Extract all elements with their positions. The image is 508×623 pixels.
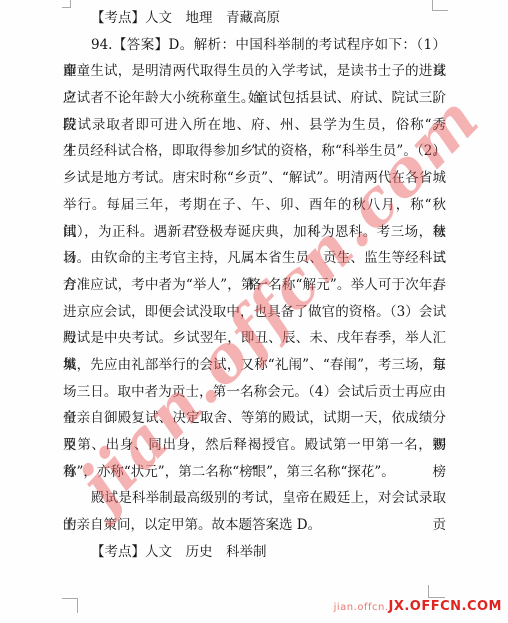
text-line: 应试者不论年龄大小统称童生。童试包括县试、府试、院试三阶段。 <box>63 85 446 112</box>
text-line: 94.【答案】D。解析：中国科举制的考试程序如下：（1）童试 <box>63 32 446 59</box>
text-line: 场三日。取中者为贡士，第一名称会元。（4）会试后贡士再应由皇 <box>63 379 446 406</box>
text-line: 试），为正科。遇新君登极寿诞庆典，加科为恩科。考三场，每场三 <box>63 219 446 246</box>
crop-mark-bottom-left <box>62 598 78 613</box>
text-line: 城，先应由礼部举行的会试，又称“礼闱”、“春闱”，考三场，每 <box>63 352 446 379</box>
text-line: 生员经科试合格，即取得参加乡试的资格，称“科举生员”。（2） <box>63 138 446 165</box>
text-line: 【考点】人文 地理 青藏高原 <box>63 5 446 32</box>
text-line: 进京应会试，即便会试没取中，也具备了做官的资格。（3）会试与 <box>63 299 446 326</box>
text-line: 乡试是地方考试。唐宋时称“乡贡”、“解试”。明清两代在各省城 <box>63 165 446 192</box>
document-page: 【考点】人文 地理 青藏高原 94.【答案】D。解析：中国科举制的考试程序如下：… <box>0 0 508 623</box>
document-body: 【考点】人文 地理 青藏高原 94.【答案】D。解析：中国科举制的考试程序如下：… <box>63 5 446 565</box>
text-line: 帝亲自御殿复试、决定取舍、等第的殿试，试期一天，依成绩分甲赐 <box>63 405 446 432</box>
footer-site-small: jian.offcn. <box>334 602 389 613</box>
text-line: 殿试是中央考试。乡试翌年，即丑、辰、未、戌年春季，举人汇集京 <box>63 325 446 352</box>
text-line: 举行。每届三年，考期在子、午、卯、酉年的秋八月，称“秋闱”（秋 <box>63 192 446 219</box>
text-line: 【考点】人文 历史 科举制 <box>63 539 446 566</box>
text-line: 首”，亦称“状元”，第二名称“榜眼”，第三名称“探花”。 <box>63 459 446 486</box>
text-line: 日。由钦命的主考官主持，凡属本省生员、贡生、监生等经科试合格， <box>63 245 446 272</box>
text-line: 殿试是科举制最高级别的考试，皇帝在殿廷上，对会试录取的贡 <box>63 485 446 512</box>
text-line: 方准应试，考中者为“举人”，第一名称“解元”。举人可于次年春 <box>63 272 446 299</box>
footer-branding: jian.offcn.JX.OFFCN.COM <box>334 595 502 614</box>
text-line: 及第、出身、同出身，然后释褐授官。殿试第一甲第一名，初称“榜 <box>63 432 446 459</box>
text-line: 院试录取者即可进入所在地、府、州、县学为生员，俗称“秀才”。 <box>63 112 446 139</box>
text-line: 即童生试，是明清两代取得生员的入学考试，是读书士子的进身之始。 <box>63 58 446 85</box>
footer-site-bold: JX.OFFCN.COM <box>389 599 503 614</box>
